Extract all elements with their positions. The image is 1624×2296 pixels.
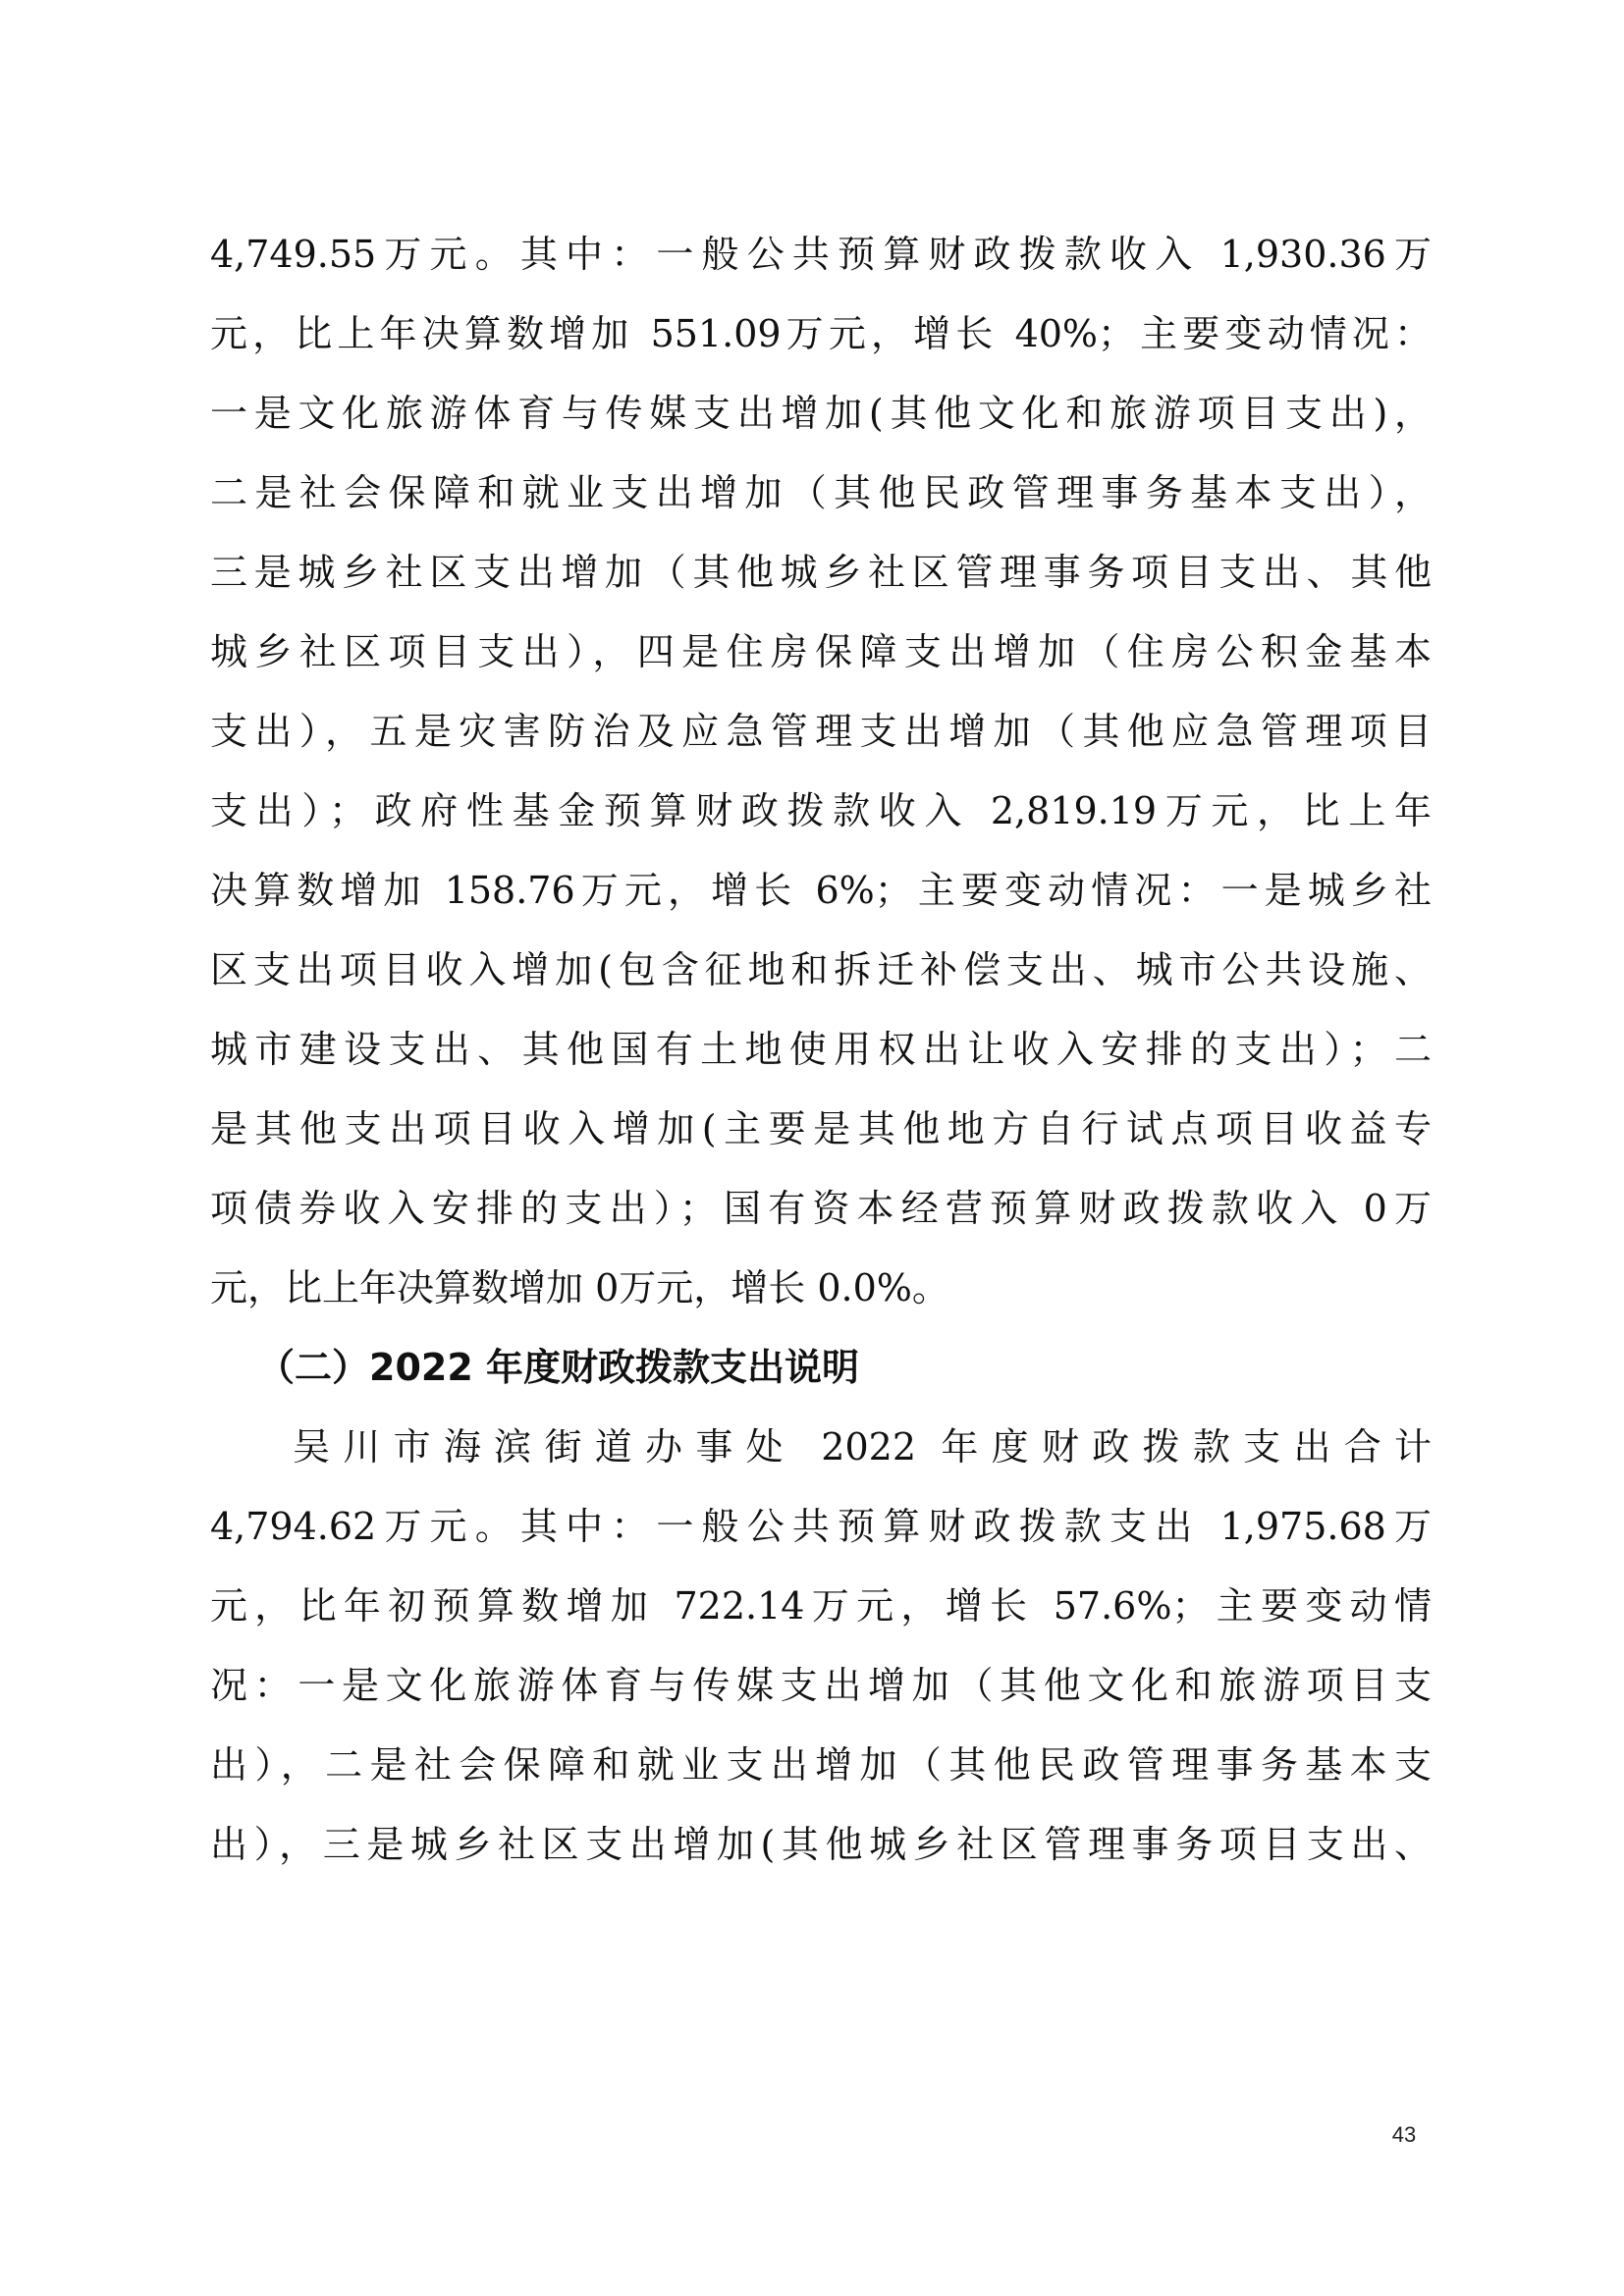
paragraph-line: 况：一是文化旅游体育与传媒支出增加（其他文化和旅游项目支 — [210, 1656, 1432, 1715]
paragraph-line: 元，比年初预算数增加 722.14万元，增长 57.6%；主要变动情 — [210, 1576, 1432, 1635]
paragraph-line: 支出），五是灾害防治及应急管理支出增加（其他应急管理项目 — [210, 702, 1432, 761]
paragraph-line: 支出）；政府性基金预算财政拨款收入 2,819.19万元，比上年 — [210, 781, 1432, 840]
paragraph-line: 元，比上年决算数增加 0万元，增长 0.0%。 — [210, 1258, 1432, 1317]
paragraph-line: 4,794.62万元。其中：一般公共预算财政拨款支出 1,975.68万 — [210, 1497, 1432, 1556]
paragraph-line: 是其他支出项目收入增加(主要是其他地方自行试点项目收益专 — [210, 1099, 1432, 1158]
paragraph-line: 三是城乡社区支出增加（其他城乡社区管理事务项目支出、其他 — [210, 543, 1432, 602]
paragraph-line: 元，比上年决算数增加 551.09万元，增长 40%；主要变动情况： — [210, 304, 1432, 363]
paragraph-line: 项债券收入安排的支出）；国有资本经营预算财政拨款收入 0万 — [210, 1179, 1432, 1238]
paragraph-line: 出），三是城乡社区支出增加(其他城乡社区管理事务项目支出、 — [210, 1815, 1432, 1874]
section-heading: （二）2022 年度财政拨款支出说明 — [257, 1338, 859, 1397]
page-number: 43 — [1375, 2122, 1434, 2148]
paragraph-line: 吴川市海滨街道办事处 2022 年度财政拨款支出合计 — [293, 1417, 1432, 1476]
paragraph-line: 城乡社区项目支出），四是住房保障支出增加（住房公积金基本 — [210, 622, 1432, 681]
paragraph-line: 出），二是社会保障和就业支出增加（其他民政管理事务基本支 — [210, 1735, 1432, 1794]
document-page: 4,749.55万元。其中：一般公共预算财政拨款收入 1,930.36万 元，比… — [0, 0, 1624, 2296]
paragraph-line: 决算数增加 158.76万元，增长 6%；主要变动情况：一是城乡社 — [210, 861, 1432, 920]
paragraph-line: 4,749.55万元。其中：一般公共预算财政拨款收入 1,930.36万 — [210, 225, 1432, 284]
paragraph-line: 城市建设支出、其他国有土地使用权出让收入安排的支出）；二 — [210, 1020, 1432, 1079]
paragraph-line: 一是文化旅游体育与传媒支出增加(其他文化和旅游项目支出)， — [210, 384, 1432, 443]
paragraph-line: 区支出项目收入增加(包含征地和拆迁补偿支出、城市公共设施、 — [210, 940, 1432, 999]
paragraph-line: 二是社会保障和就业支出增加（其他民政管理事务基本支出）， — [210, 463, 1432, 522]
